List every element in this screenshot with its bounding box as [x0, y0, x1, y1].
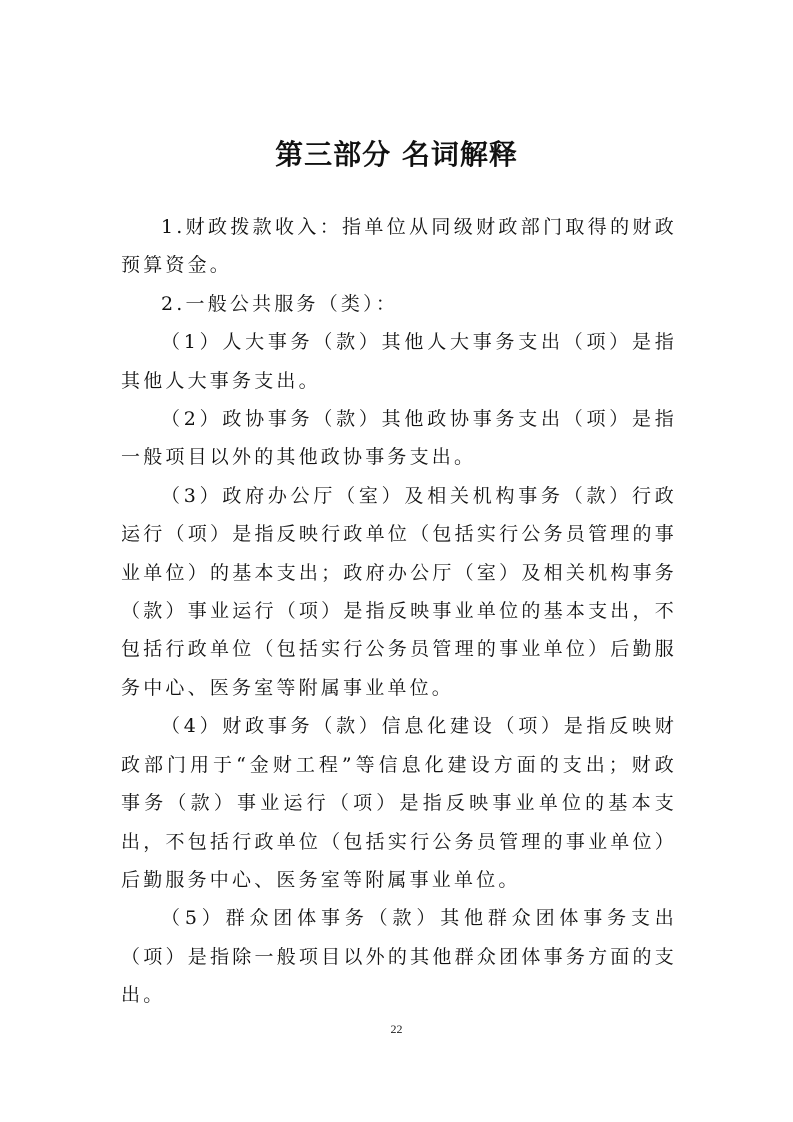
paragraph-mass-organization-affairs: （5）群众团体事务（款）其他群众团体事务支出（项）是指除一般项目以外的其他群众团… [121, 899, 677, 1014]
paragraph-government-office-affairs: （3）政府办公厅（室）及相关机构事务（款）行政运行（项）是指反映行政单位（包括实… [121, 477, 677, 707]
paragraph-npc-affairs: （1）人大事务（款）其他人大事务支出（项）是指其他人大事务支出。 [121, 323, 677, 400]
page-title: 第三部分 名词解释 [0, 133, 793, 173]
page-number: 22 [0, 1022, 793, 1037]
paragraph-finance-affairs: （4）财政事务（款）信息化建设（项）是指反映财政部门用于“金财工程”等信息化建设… [121, 707, 677, 899]
paragraph-general-public-services: 2.一般公共服务（类）： [121, 285, 677, 323]
document-body: 1.财政拨款收入：指单位从同级财政部门取得的财政预算资金。 2.一般公共服务（类… [121, 208, 677, 1015]
paragraph-fiscal-appropriation-income: 1.财政拨款收入：指单位从同级财政部门取得的财政预算资金。 [121, 208, 677, 285]
paragraph-cppcc-affairs: （2）政协事务（款）其他政协事务支出（项）是指一般项目以外的其他政协事务支出。 [121, 400, 677, 477]
